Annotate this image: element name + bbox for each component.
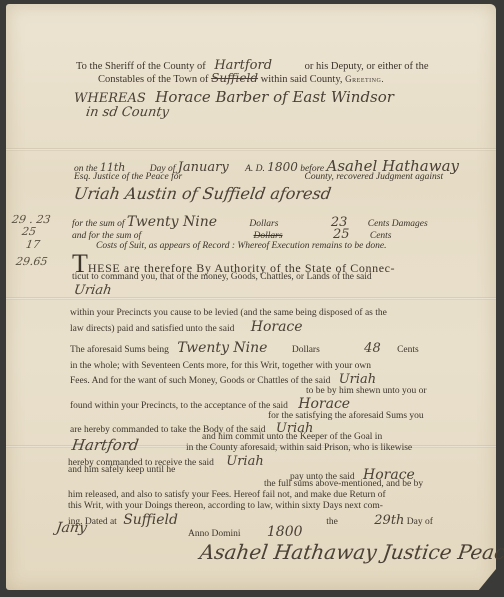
fold-line bbox=[6, 148, 496, 151]
text: law directs) paid and satisfied unto the… bbox=[70, 324, 234, 334]
total-dollars: Twenty Nine bbox=[177, 340, 267, 356]
gaol-town: Hartford bbox=[71, 436, 140, 454]
judgment-line-2: Esq. Justice of the Peace for County, re… bbox=[74, 172, 443, 182]
label: Esq. Justice of the Peace for bbox=[74, 172, 182, 182]
greeting: Greeting. bbox=[345, 74, 384, 84]
text: to be by him shewn unto you or bbox=[306, 386, 427, 396]
text: this Writ, with your Doings thereon, acc… bbox=[68, 501, 383, 511]
label: Anno Domini bbox=[188, 529, 241, 539]
header-line-2: Constables of the Town of Suffield withi… bbox=[98, 71, 384, 85]
costs-cents: 25 bbox=[333, 227, 350, 242]
dated-day: 29th bbox=[374, 513, 404, 528]
label: and for the sum of bbox=[72, 231, 141, 241]
text: the full sums above-mentioned, and be by bbox=[264, 479, 423, 489]
costs-line: Costs of Suit, as appears of Record : Wh… bbox=[96, 241, 387, 251]
margin-note: 29.65 bbox=[15, 255, 48, 268]
creditor-name: Horace bbox=[298, 396, 350, 412]
label: County, recovered Judgment against bbox=[305, 172, 444, 182]
plaintiff-name: Horace Barber of East Windsor bbox=[155, 88, 394, 106]
text: in the whole; with Seventeen Cents more,… bbox=[70, 361, 371, 371]
text: within your Precincts you cause to be le… bbox=[70, 308, 387, 318]
debtor-name: Uriah bbox=[339, 372, 376, 387]
justice-signature: Asahel Hathaway Justice Peace bbox=[198, 540, 504, 564]
margin-note: 25 bbox=[21, 225, 37, 238]
whereas-label: WHEREAS bbox=[74, 91, 146, 106]
text: found within your Precincts, to the acce… bbox=[70, 396, 350, 412]
text: Fees. And for the want of such Money, Go… bbox=[70, 376, 330, 386]
text: law directs) paid and satisfied unto the… bbox=[70, 319, 303, 335]
text: Fees. And for the want of such Money, Go… bbox=[70, 372, 376, 387]
label: Cents bbox=[370, 231, 392, 241]
label: Day of bbox=[407, 517, 433, 527]
town-name: Suffield bbox=[211, 71, 258, 85]
sum-line-2: and for the sum of Dollars 25 Cents bbox=[72, 227, 392, 242]
text: found within your Precincts, to the acce… bbox=[70, 401, 288, 411]
dated-month: Jany bbox=[55, 520, 88, 536]
header-text-end: within said County, bbox=[261, 74, 343, 85]
label: the bbox=[326, 517, 338, 527]
anno-domini-line: Anno Domini 1800 bbox=[188, 524, 303, 540]
label: Dollars bbox=[254, 231, 283, 241]
text: and him safely keep until he bbox=[68, 465, 175, 475]
label: Dollars bbox=[292, 345, 320, 355]
creditor-name: Horace bbox=[251, 319, 303, 335]
text: The aforesaid Sums being bbox=[70, 345, 169, 355]
header-text: Constables of the Town of bbox=[98, 74, 208, 85]
dated-place: Suffield bbox=[123, 512, 178, 528]
total-cents: 48 bbox=[364, 341, 381, 356]
defendant-name: Uriah Austin of Suffield aforesd bbox=[73, 184, 333, 203]
text: and him commit unto the Keeper of the Go… bbox=[202, 432, 382, 442]
text: in the County aforesaid, within said Pri… bbox=[186, 443, 412, 453]
debtor-name: Uriah bbox=[226, 454, 263, 469]
text: ticut to command you, that of the money,… bbox=[72, 272, 372, 282]
label: Cents bbox=[397, 345, 419, 355]
dated-year: 1800 bbox=[267, 524, 303, 540]
margin-note: 17 bbox=[25, 238, 41, 251]
total-line: The aforesaid Sums being Twenty Nine Dol… bbox=[70, 340, 419, 356]
text: him released, and also to satisfy your F… bbox=[68, 490, 386, 500]
debtor-name: Uriah bbox=[73, 283, 113, 298]
text: for the satisfying the aforesaid Sums yo… bbox=[268, 411, 424, 421]
plaintiff-location: in sd County bbox=[85, 105, 170, 120]
